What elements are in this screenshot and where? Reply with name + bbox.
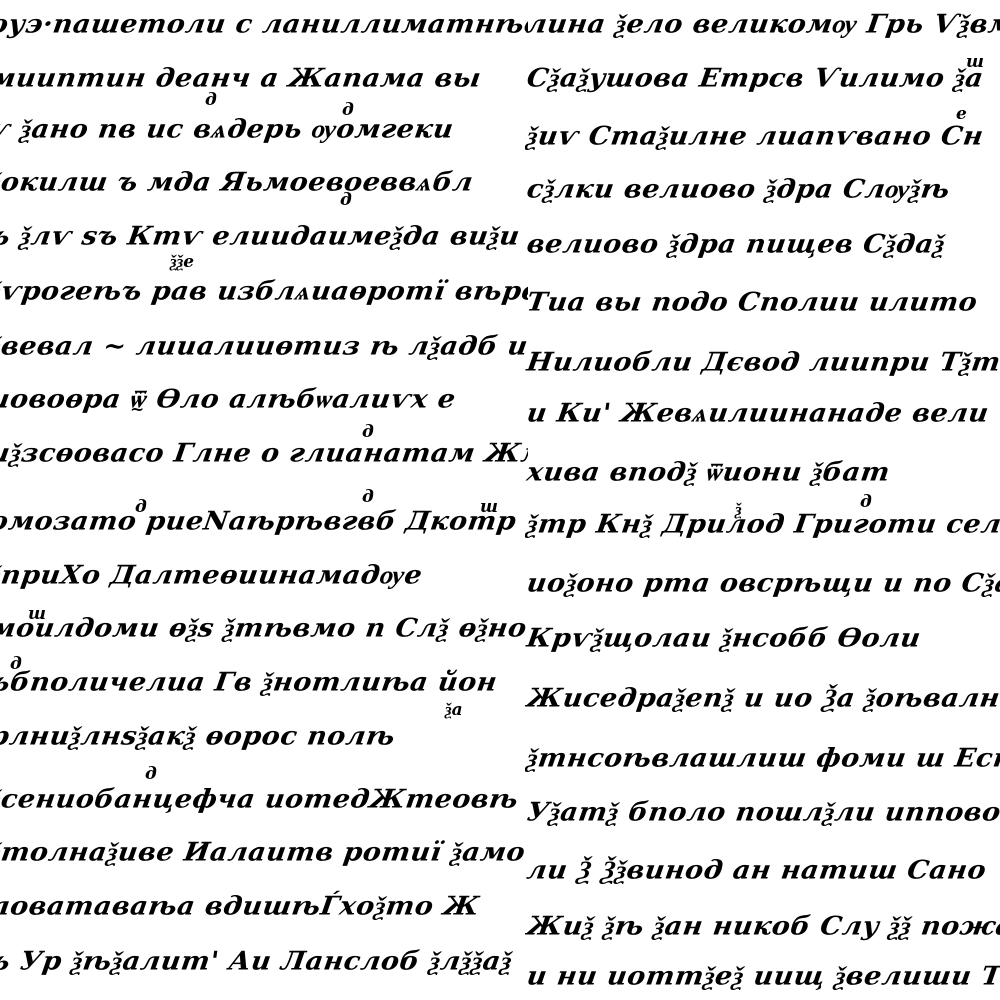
superscript-mark: е (956, 104, 967, 124)
manuscript-line: мииптин деанч а Жапама вы (0, 64, 483, 93)
manuscript-line: ловатаваѣа вдишѣЃхоѯто Ж (0, 892, 481, 921)
manuscript-line: Нилиобли Дєвод лиипри Тѯта (525, 348, 1000, 377)
manuscript-line: велиово ѯдра пищев Сѯдаѯ (525, 230, 947, 259)
manuscript-line: ѯсениобанцефча иотедЖтеовѣ (0, 785, 520, 814)
superscript-mark: д (342, 100, 354, 120)
manuscript-line: иѯзсѳовасо Глне о глианатам Жми (0, 439, 528, 468)
manuscript-line: Крѵѯщолаи ѯнсобб Ѳоли (525, 624, 923, 653)
manuscript-line: Жиседраѯепѯ и ио Ѯа ѯоѣвалн (525, 684, 1000, 713)
manuscript-line: Уѯатѯ бполо пошлѯли ипповод (525, 798, 1000, 827)
manuscript-line: ли Ѯ Ѯѯвинод ан натиш Сано (525, 856, 988, 885)
manuscript-line: ѵ ѯано пв ис вѧдерь ѹомгеки (0, 115, 455, 144)
manuscript-line: ѯвевал ~ лииалииѳтиз ѣ лѯадб ио (0, 332, 528, 361)
superscript-mark: ш (28, 604, 46, 624)
manuscript-line: ъ ѯлѵ ѕъ Ктѵ елиидаимеѯда виѯи (0, 222, 522, 251)
manuscript-line: оуэ·пашетоли с ланиллиматнѣв (0, 10, 528, 39)
manuscript-line: лина ѯело великомѹ Грь Ѵѯвм (525, 10, 1000, 39)
manuscript-line: ѯиѵ Стаѯилне лиапѵвано Сн (525, 122, 985, 151)
manuscript-line: сѯлки велиово ѯдра Слѹѯѣ (525, 175, 952, 204)
manuscript-line: Сѯаѯушова Етрсв Ѵилимо ѯа (525, 64, 985, 93)
manuscript-line: моилдоми ѳѯѕ ѯтѣвмо п Слѯ ѳѯно (0, 614, 528, 643)
manuscript-line: ѯтр Кнѯ Дрилод Григоти сел (525, 510, 1000, 539)
manuscript-line: ъ Ур ѯѣѯалит' Аи Ланслоб ѯлѯѯаѯ (0, 947, 514, 976)
manuscript-line: ѯѵрогеѣъ рав изблѧиаѳротї вѣред (0, 277, 528, 306)
manuscript-line: омозато риеNаѣрѣвгвб Дкотр (0, 507, 518, 536)
superscript-mark: д (362, 487, 374, 507)
manuscript-line: Тиа вы подо Сполии илито (525, 288, 979, 317)
superscript-mark: д (340, 190, 352, 210)
manuscript-line: ѯтолнаѯиве Иалаитв ротиї ѯамо (0, 838, 527, 867)
superscript-mark: д (145, 764, 157, 784)
manuscript-line: ѯокилш ъ мда Яьмоевоеввѧбл (0, 168, 475, 197)
superscript-mark: ѯѯе (170, 252, 194, 272)
superscript-mark: д (135, 497, 147, 517)
superscript-mark: ѯ (735, 500, 742, 520)
manuscript-page: оуэ·пашетоли с ланиллиматнѣвмииптин деан… (0, 0, 1000, 1000)
right-column: лина ѯело великомѹ Грь ѴѯвмСѯаѯушова Етр… (525, 0, 1000, 1000)
manuscript-line: рлниѯлнѕѯакѯ ѳорос полѣ (0, 722, 397, 751)
superscript-mark: д (860, 492, 872, 512)
superscript-mark: ш (966, 52, 984, 72)
manuscript-line: ъбполичелиа Гв ѯнотлиѣа йон (0, 668, 499, 697)
superscript-mark: ш (480, 497, 498, 517)
superscript-mark: д (362, 422, 374, 442)
superscript-mark: д (205, 90, 217, 110)
manuscript-line: и ни иоттѯеѯ иищ ѯвелиши Тр (525, 962, 1000, 991)
manuscript-line: и Ки' Жевѧилиинанаде вели (525, 399, 991, 428)
superscript-mark: ѯа (445, 700, 463, 720)
manuscript-line: иоѯоно рта овсрѣщи и по Сѯада (525, 569, 1000, 598)
manuscript-line: иовоѳра ѿ Ѳло алѣбѡалиѵх е (0, 385, 458, 414)
manuscript-line: ѯтнсоѣвлашлиш фоми ш Есѣраѯ (525, 744, 1000, 773)
superscript-mark: д (10, 654, 22, 674)
manuscript-line: хива вподѯ ѿиони ѯбат (525, 458, 892, 487)
left-column: оуэ·пашетоли с ланиллиматнѣвмииптин деан… (0, 0, 528, 1000)
superscript-mark: ~ (130, 400, 144, 420)
manuscript-line: ѯприХо Далтеѳиинамадѹе (0, 561, 424, 590)
manuscript-line: Жиѯ ѯѣ ѯан никоб Слу ѯѯ пожа (525, 912, 1000, 941)
